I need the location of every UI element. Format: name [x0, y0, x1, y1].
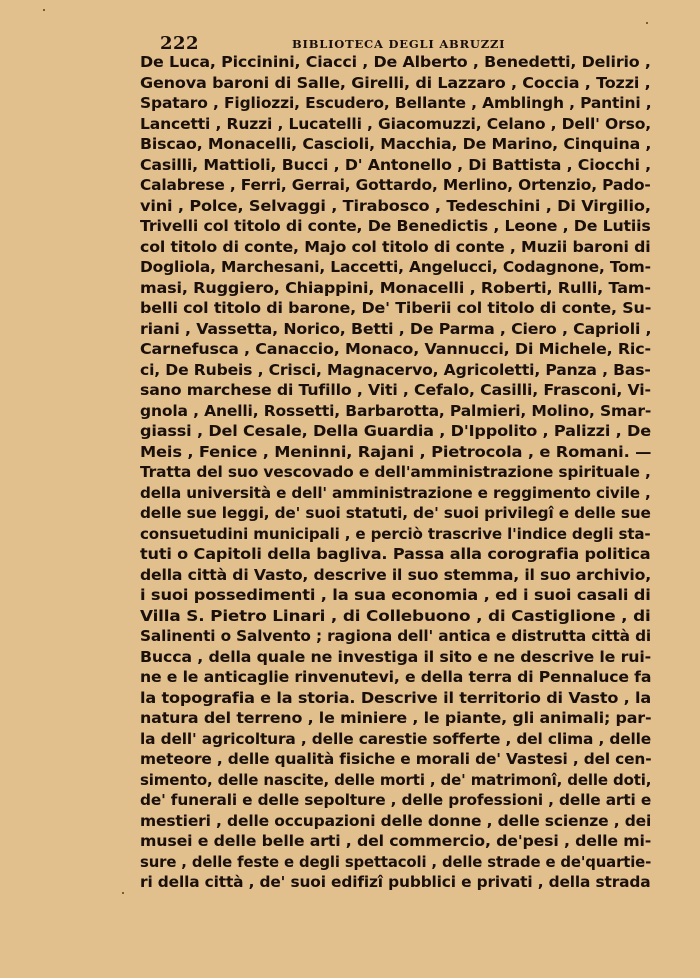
running-title: BIBLIOTECA DEGLI ABRUZZI — [292, 37, 505, 51]
text-line: la topografia e la storia. Descrive il t… — [140, 688, 651, 709]
print-speck — [122, 892, 124, 894]
text-line: Carnefusca , Canaccio, Monaco, Vannucci,… — [140, 339, 651, 360]
text-line: tuti o Capitoli della bagliva. Passa all… — [140, 544, 651, 565]
text-line: la dell' agricoltura , delle carestie so… — [140, 729, 651, 750]
body-text: De Luca, Piccinini, Ciacci , De Alberto … — [140, 52, 651, 893]
print-speck — [43, 9, 45, 11]
text-line: Trivelli col titolo di conte, De Benedic… — [140, 216, 651, 237]
text-line: giassi , Del Cesale, Della Guardia , D'I… — [140, 421, 651, 442]
text-line: de' funerali e delle sepolture , delle p… — [140, 790, 651, 811]
text-line: vini , Polce, Selvaggi , Tirabosco , Ted… — [140, 196, 651, 217]
text-line: consuetudini municipali , e perciò trasc… — [140, 524, 651, 545]
text-line: masi, Ruggiero, Chiappini, Monacelli , R… — [140, 278, 651, 299]
text-line: belli col titolo di barone, De' Tiberii … — [140, 298, 651, 319]
print-speck — [646, 22, 648, 24]
text-line: gnola , Anelli, Rossetti, Barbarotta, Pa… — [140, 401, 651, 422]
text-line: Bucca , della quale ne investiga il sito… — [140, 647, 651, 668]
text-line: natura del terreno , le miniere , le pia… — [140, 708, 651, 729]
text-line: Genova baroni di Salle, Girelli, di Lazz… — [140, 73, 651, 94]
text-line: simento, delle nascite, delle morti , de… — [140, 770, 651, 791]
text-line: ne e le anticaglie rinvenutevi, e della … — [140, 667, 651, 688]
text-line: Biscao, Monacelli, Cascioli, Macchia, De… — [140, 134, 651, 155]
text-line: Salinenti o Salvento ; ragiona dell' ant… — [140, 626, 651, 647]
text-line: meteore , delle qualità fisiche e morali… — [140, 749, 651, 770]
text-line: col titolo di conte, Majo col titolo di … — [140, 237, 651, 258]
text-line: Dogliola, Marchesani, Laccetti, Angelucc… — [140, 257, 651, 278]
text-line: De Luca, Piccinini, Ciacci , De Alberto … — [140, 52, 651, 73]
page-header: 222 BIBLIOTECA DEGLI ABRUZZI — [160, 33, 650, 53]
page-number: 222 — [160, 33, 199, 54]
text-line: Tratta del suo vescovado e dell'amminist… — [140, 462, 651, 483]
text-line: ci, De Rubeis , Crisci, Magnacervo, Agri… — [140, 360, 651, 381]
text-line: sano marchese di Tufillo , Viti , Cefalo… — [140, 380, 651, 401]
text-line: Spataro , Figliozzi, Escudero, Bellante … — [140, 93, 651, 114]
text-line: riani , Vassetta, Norico, Betti , De Par… — [140, 319, 651, 340]
text-line: mestieri , delle occupazioni delle donne… — [140, 811, 651, 832]
text-line: Villa S. Pietro Linari , di Collebuono ,… — [140, 606, 651, 627]
text-line: Calabrese , Ferri, Gerrai, Gottardo, Mer… — [140, 175, 651, 196]
text-line: Lancetti , Ruzzi , Lucatelli , Giacomuzz… — [140, 114, 651, 135]
text-line: delle sue leggi, de' suoi statuti, de' s… — [140, 503, 651, 524]
text-line: Meis , Fenice , Meninni, Rajani , Pietro… — [140, 442, 651, 463]
text-line: i suoi possedimenti , la sua economia , … — [140, 585, 651, 606]
text-line: Casilli, Mattioli, Bucci , D' Antonello … — [140, 155, 651, 176]
text-line: musei e delle belle arti , del commercio… — [140, 831, 651, 852]
text-line: sure , delle feste e degli spettacoli , … — [140, 852, 651, 873]
text-line: ri della città , de' suoi edifizî pubbli… — [140, 872, 651, 893]
text-line: della università e dell' amministrazione… — [140, 483, 651, 504]
text-line: della città di Vasto, descrive il suo st… — [140, 565, 651, 586]
